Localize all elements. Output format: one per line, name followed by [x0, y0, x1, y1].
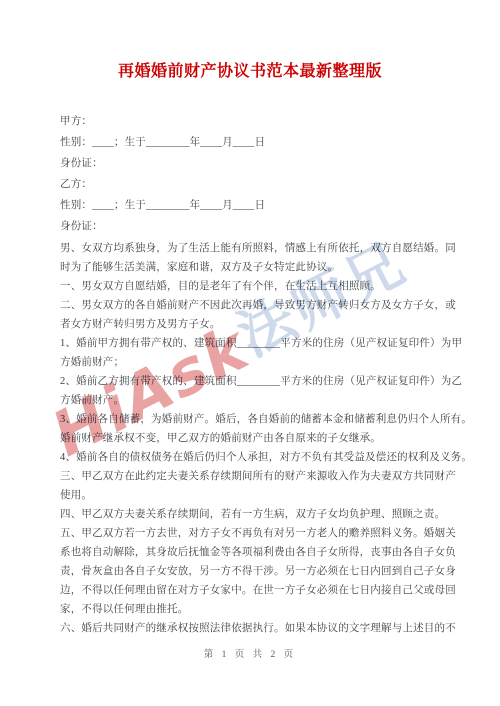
body-line: 男、女双方均系独身，为了生活上能有所照料，情感上有所依托，双方自愿结婚。同	[60, 239, 448, 258]
document-page: 再婚婚前财产协议书范本最新整理版 甲方：性别：____；生于________年_…	[0, 0, 500, 706]
body-line: 五、甲乙双方若一方去世，对方子女不再负有对另一方老人的赡养照料义务。婚姻关	[60, 524, 448, 543]
body-line: 四、甲乙双方夫妻关系存续期间，若有一方生病，双方子女均负护理、照顾之责。	[60, 505, 448, 524]
body-line: 使用。	[60, 486, 448, 505]
document-content: 甲方：性别：____；生于________年____月____日身份证：乙方：性…	[0, 111, 500, 638]
body-line: 者女方财产转归男方及男方子女。	[60, 315, 448, 334]
body-line: 时为了能够生活美满，家庭和谐，双方及子女特定此协议。	[60, 258, 448, 277]
party-line: 性别：____；生于________年____月____日	[60, 195, 448, 216]
body-line: 二、男女双方的各自婚前财产不因此次再婚，导致男方财产转归女方及女方子女，或	[60, 296, 448, 315]
body-line: 六、婚后共同财产的继承权按照法律依据执行。如果本协议的文字理解与上述目的不	[60, 619, 448, 638]
party-info-block: 甲方：性别：____；生于________年____月____日身份证：乙方：性…	[60, 111, 448, 237]
body-line: 婚前财产继承权不变，甲乙双方的婚前财产由各自原来的子女继承。	[60, 429, 448, 448]
party-line: 甲方：	[60, 111, 448, 132]
body-line: 3、婚前各自储蓄，为婚前财产。婚后，各自婚前的储蓄本金和储蓄利息仍归个人所有。	[60, 410, 448, 429]
page-number-indicator: 第 1 页 共 2 页	[0, 646, 500, 660]
body-line: 4、婚前各自的债权债务在婚后仍归个人承担，对方不负有其受益及偿还的权利及义务。	[60, 448, 448, 467]
page-title: 再婚婚前财产协议书范本最新整理版	[0, 0, 500, 81]
body-line: 一、男女双方自愿结婚，目的是老年了有个伴，在生活上互相照顾。	[60, 277, 448, 296]
party-line: 身份证：	[60, 216, 448, 237]
body-line: 边，不得以任何理由留在对方子女家中。在世一方子女必须在七日内接自己父或母回	[60, 581, 448, 600]
party-line: 乙方：	[60, 174, 448, 195]
body-line: 家，不得以任何理由推托。	[60, 600, 448, 619]
party-line: 身份证：	[60, 153, 448, 174]
body-line: 2、婚前乙方拥有带产权的、建筑面积________平方米的住房（见产权证复印件）…	[60, 372, 448, 391]
body-line: 方婚前财产；	[60, 353, 448, 372]
body-line: 三、甲乙双方在此约定夫妻关系存续期间所有的财产来源收入作为夫妻双方共同财产	[60, 467, 448, 486]
body-line: 责，骨灰盒由各自子女安放，另一方不得干涉。另一方必须在七日内回到自己子女身	[60, 562, 448, 581]
body-line: 系也将自动解除，其身故后抚恤金等各项福利费由各自子女所得，丧事由各自子女负	[60, 543, 448, 562]
body-line: 1、婚前甲方拥有带产权的、建筑面积________平方米的住房（见产权证复印件）…	[60, 334, 448, 353]
party-line: 性别：____；生于________年____月____日	[60, 132, 448, 153]
agreement-body: 男、女双方均系独身，为了生活上能有所照料，情感上有所依托，双方自愿结婚。同时为了…	[60, 239, 448, 638]
body-line: 方婚前财产。	[60, 391, 448, 410]
